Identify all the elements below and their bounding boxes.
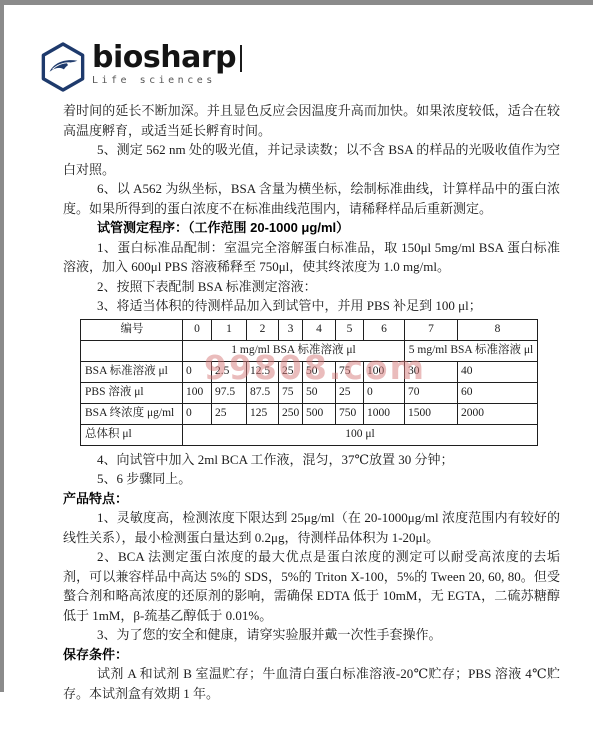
cell: 75 [279,382,303,403]
top-edge-border [0,0,593,5]
cell: 12.5 [247,361,279,382]
table-header-row: 编号 0 1 2 3 4 5 6 7 8 [81,319,538,340]
cell: 0 [364,382,405,403]
cell: 50 [303,361,336,382]
document-page: biosharp Life sciences 着时间的延长不断加深。并且显色反应… [0,0,593,747]
header-cell: 1 [212,319,247,340]
cell: 2.5 [212,361,247,382]
table-row-total-volume: 总体积 μl 100 μl [81,424,538,445]
paragraph-step6-curve: 6、以 A562 为纵坐标，BSA 含量为横坐标，绘制标准曲线，计算样品中的蛋白… [63,179,560,218]
cell: 70 [405,382,458,403]
table-row-bsa-standard: BSA 标准溶液 μl 0 2.5 12.5 25 50 75 100 30 4… [81,361,538,382]
table-row-pbs: PBS 溶液 μl 100 97.5 87.5 75 50 25 0 70 60 [81,382,538,403]
cell: 50 [303,382,336,403]
bsa-standard-dilution-table: 编号 0 1 2 3 4 5 6 7 8 1 mg/ml BSA 标准溶液 μl… [80,319,538,446]
paragraph-procedure-step3: 3、将适当体积的待测样品加入到试管中，并用 PBS 补足到 100 μl； [63,296,560,316]
paragraph-procedure-step4: 4、向试管中加入 2ml BCA 工作液，混匀，37℃放置 30 分钟； [63,450,560,470]
logo-divider-bar [240,45,242,72]
logo-text: biosharp Life sciences [92,42,242,86]
cell: 30 [405,361,458,382]
cell: 87.5 [247,382,279,403]
paragraph-procedure-step2: 2、按照下表配制 BSA 标准测定溶液： [63,277,560,297]
cell: 25 [279,361,303,382]
cell: 40 [458,361,538,382]
header-cell: 7 [405,319,458,340]
cell: 0 [183,361,212,382]
row-label: PBS 溶液 μl [81,382,183,403]
cell: 25 [336,382,364,403]
paragraph-feature-3: 3、为了您的安全和健康，请穿实验服并戴一次性手套操作。 [63,625,560,645]
cell: 60 [458,382,538,403]
cell: 500 [303,403,336,424]
table-group-row: 1 mg/ml BSA 标准溶液 μl 5 mg/ml BSA 标准溶液 μl [81,340,538,361]
cell: 25 [212,403,247,424]
header-cell: 3 [279,319,303,340]
group-cell-5mg: 5 mg/ml BSA 标准溶液 μl [405,340,538,361]
header-cell: 0 [183,319,212,340]
cell: 0 [183,403,212,424]
paragraph-procedure-step5-6: 5、6 步骤同上。 [63,469,560,489]
left-edge-border [0,0,4,692]
cell: 125 [247,403,279,424]
cell: 75 [336,361,364,382]
brand-name: biosharp [92,42,236,74]
biosharp-logo: biosharp Life sciences [40,42,242,92]
paragraph-feature-1: 1、灵敏度高，检测浓度下限达到 25μg/ml（在 20-1000μg/ml 浓… [63,508,560,547]
header-cell: 8 [458,319,538,340]
header-cell: 2 [247,319,279,340]
cell: 100 [183,382,212,403]
total-volume-value: 100 μl [183,424,538,445]
row-label: BSA 终浓度 μg/ml [81,403,183,424]
cell: 250 [279,403,303,424]
paragraph-incubation-continuation: 着时间的延长不断加深。并且显色反应会因温度升高而加快。如果浓度较低，适合在较高温… [63,101,560,140]
cell: 97.5 [212,382,247,403]
header-cell: 6 [364,319,405,340]
paragraph-feature-2: 2、BCA 法测定蛋白浓度的最大优点是蛋白浓度的测定可以耐受高浓度的去垢剂，可以… [63,547,560,625]
header-cell-number: 编号 [81,319,183,340]
row-label: BSA 标准溶液 μl [81,361,183,382]
cell: 100 [364,361,405,382]
group-cell-1mg: 1 mg/ml BSA 标准溶液 μl [183,340,405,361]
group-cell-empty [81,340,183,361]
cell: 750 [336,403,364,424]
cell: 1000 [364,403,405,424]
paragraph-procedure-step1: 1、蛋白标准品配制：室温完全溶解蛋白标准品，取 150μl 5mg/ml BSA… [63,238,560,277]
heading-tube-assay-procedure: 试管测定程序：（工作范围 20-1000 μg/ml） [63,218,560,238]
heading-product-features: 产品特点： [63,489,560,509]
hexagon-eagle-icon [40,42,86,92]
cell: 1500 [405,403,458,424]
table-row-final-concentration: BSA 终浓度 μg/ml 0 25 125 250 500 750 1000 … [81,403,538,424]
paragraph-step5-measure: 5、测定 562 nm 处的吸光值，并记录读数；以不含 BSA 的样品的光吸收值… [63,140,560,179]
header-cell: 5 [336,319,364,340]
heading-storage-conditions: 保存条件： [63,645,560,665]
row-label: 总体积 μl [81,424,183,445]
paragraph-storage: 试剂 A 和试剂 B 室温贮存；牛血清白蛋白标准溶液-20℃贮存；PBS 溶液 … [63,664,560,703]
brand-tagline: Life sciences [92,75,242,86]
cell: 2000 [458,403,538,424]
header-cell: 4 [303,319,336,340]
document-body: 着时间的延长不断加深。并且显色反应会因温度升高而加快。如果浓度较低，适合在较高温… [63,101,560,703]
